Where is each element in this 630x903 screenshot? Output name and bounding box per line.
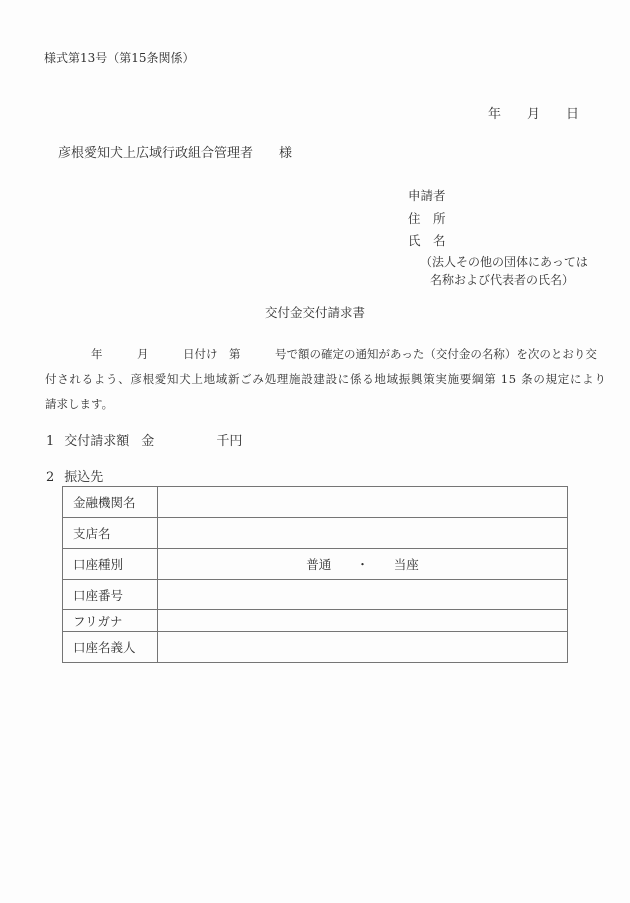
table-row-branch-name: 支店名 xyxy=(63,518,567,549)
table-row-account-holder: 口座名義人 xyxy=(63,632,567,662)
applicant-heading: 申請者 xyxy=(408,185,588,208)
date-line: 年 月 日 xyxy=(488,107,579,123)
bank-transfer-table: 金融機関名 支店名 口座種別 普通 ・ 当座 口座番号 フリガナ 口座名義人 xyxy=(62,486,568,663)
body-line-2: 付されるよう、彦根愛知犬上地域新ごみ処理施設建設に係る地域振興策実施要綱第 15… xyxy=(45,367,605,392)
table-row-account-number: 口座番号 xyxy=(63,580,567,610)
request-amount-label: 交付請求額 xyxy=(64,434,129,450)
table-row-account-type: 口座種別 普通 ・ 当座 xyxy=(63,549,567,580)
amount-blank-field[interactable] xyxy=(154,431,216,445)
bank-transfer-number: 2 xyxy=(46,470,54,486)
applicant-name-label: 氏 名 xyxy=(408,230,588,253)
bank-transfer-label: 振込先 xyxy=(64,470,103,486)
account-number-input-cell[interactable] xyxy=(158,580,567,609)
branch-name-label: 支店名 xyxy=(63,518,158,548)
bank-name-input-cell[interactable] xyxy=(158,487,567,517)
branch-name-input-cell[interactable] xyxy=(158,518,567,548)
amount-unit: 千円 xyxy=(216,434,242,450)
applicant-note-line1: （法人その他の団体にあっては xyxy=(408,253,588,272)
bank-name-label: 金融機関名 xyxy=(63,487,158,517)
document-page: 様式第13号（第15条関係） 年 月 日 彦根愛知犬上広域行政組合管理者 様 申… xyxy=(0,0,630,903)
body-paragraph: 年 月 日付け 第 号で額の確定の通知があった（交付金の名称）を次のとおり交 付… xyxy=(45,342,605,417)
account-number-label: 口座番号 xyxy=(63,580,158,609)
currency-prefix: 金 xyxy=(141,434,154,450)
account-type-label: 口座種別 xyxy=(63,549,158,579)
applicant-note-line2: 名称および代表者の氏名） xyxy=(408,271,588,290)
account-holder-input-cell[interactable] xyxy=(158,632,567,662)
applicant-address-label: 住 所 xyxy=(408,208,588,231)
bank-transfer-line: 2 振込先 xyxy=(46,470,103,486)
body-line-1: 年 月 日付け 第 号で額の確定の通知があった（交付金の名称）を次のとおり交 xyxy=(45,342,605,367)
addressee-line: 彦根愛知犬上広域行政組合管理者 様 xyxy=(58,146,292,162)
account-type-options-cell[interactable]: 普通 ・ 当座 xyxy=(158,549,567,579)
document-title: 交付金交付請求書 xyxy=(0,304,630,321)
furigana-label: フリガナ xyxy=(63,610,158,631)
table-row-bank-name: 金融機関名 xyxy=(63,487,567,518)
table-row-furigana: フリガナ xyxy=(63,610,567,632)
applicant-block: 申請者 住 所 氏 名 （法人その他の団体にあっては 名称および代表者の氏名） xyxy=(408,185,588,290)
body-line-3: 請求します。 xyxy=(45,392,605,417)
furigana-input-cell[interactable] xyxy=(158,610,567,631)
form-number: 様式第13号（第15条関係） xyxy=(44,50,195,66)
request-amount-number: 1 xyxy=(46,434,54,450)
request-amount-line: 1 交付請求額 金 千円 xyxy=(46,431,242,450)
account-holder-label: 口座名義人 xyxy=(63,632,158,662)
